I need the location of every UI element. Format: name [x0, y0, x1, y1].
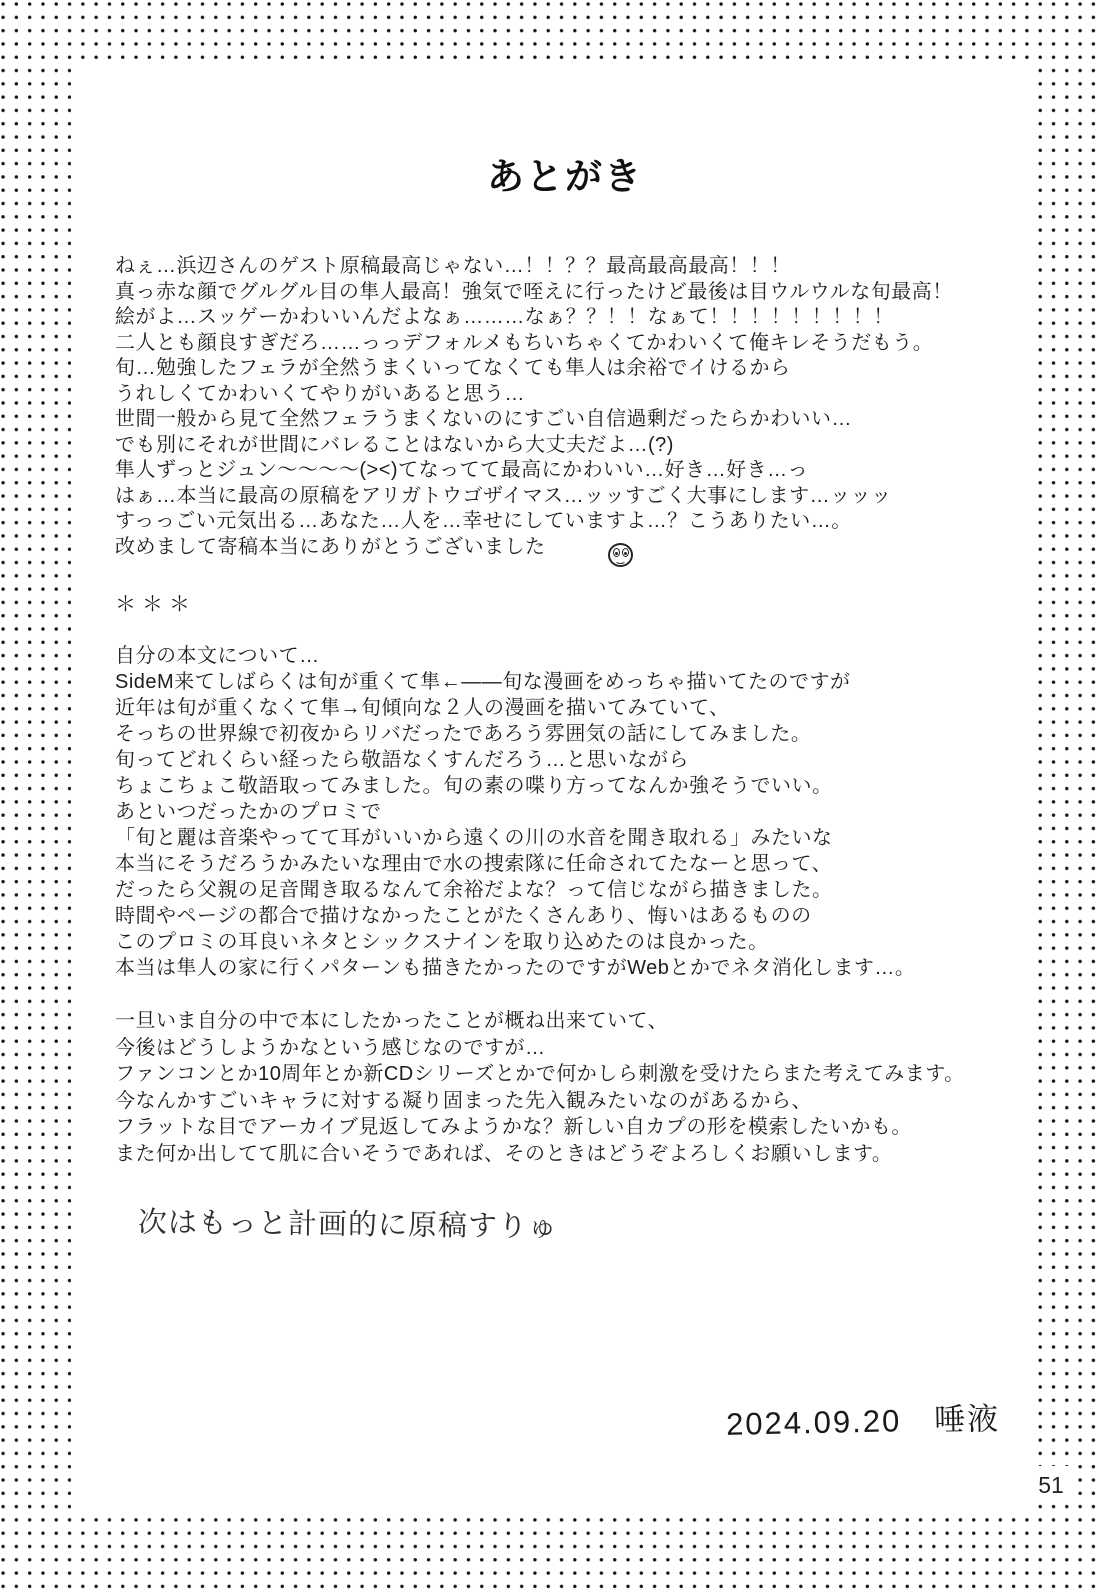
text-line: 時間やページの都合で描けなかったことがたくさんあり、悔いはあるものの [115, 903, 915, 929]
eyes-face-icon [608, 543, 633, 567]
text-line: SideM来てしばらくは旬が重くて隼←――旬な漫画をめっちゃ描いてたのですが [115, 669, 915, 695]
page-number: 51 [1026, 1466, 1076, 1504]
text-line: 隼人ずっとジュン〜〜〜〜(><)てなってて最高にかわいい…好き…好き…っ [115, 458, 953, 484]
right-eye-icon [622, 548, 629, 557]
text-line: 自分の本文について… [115, 643, 915, 669]
text-line: 世間一般から見て全然フェラうまくないのにすごい自信過剰だったらかわいい… [115, 407, 953, 433]
paragraph-future-plans: 一旦いま自分の中で本にしたかったことが概ね出来ていて、今後はどうしようかなという… [115, 1008, 965, 1167]
text-line: 旬…勉強したフェラが全然うまくいってなくても隼人は余裕でイけるから [115, 356, 953, 382]
text-line: 近年は旬が重くなくて隼→旬傾向な２人の漫画を描いてみていて、 [115, 695, 915, 721]
text-line: 二人とも顔良すぎだろ……っっデフォルメもちいちゃくてかわいくて俺キレそうだもう。 [115, 331, 953, 357]
text-line: ちょこちょこ敬語取ってみました。旬の素の喋り方ってなんか強そうでいい。 [115, 773, 915, 799]
text-line: 絵がよ…スッゲーかわいいんだよなぁ………なぁ？？！！なぁて！！！！！！！！！ [115, 305, 953, 331]
content-area: あとがき ねぇ…浜辺さんのゲスト原稿最高じゃない…！！？？最高最高最高！！！真っ… [71, 66, 1038, 1512]
text-line: 一旦いま自分の中で本にしたかったことが概ね出来ていて、 [115, 1008, 965, 1035]
text-line: フラットな目でアーカイブ見返してみようかな？新しい自カプの形を模索したいかも。 [115, 1114, 965, 1141]
text-line: このプロミの耳良いネタとシックスナインを取り込めたのは良かった。 [115, 929, 915, 955]
text-line: 真っ赤な顔でグルグル目の隼人最高！強気で咥えに行ったけど最後は目ウルウルな旬最高… [115, 280, 953, 306]
text-line: 本当は隼人の家に行くパターンも描きたかったのですがWebとかでネタ消化します…。 [115, 955, 915, 981]
text-line: 本当にそうだろうかみたいな理由で水の捜索隊に任命されてたなーと思って、 [115, 851, 915, 877]
section-separator: ＊＊＊ [115, 588, 196, 618]
handwritten-note: 次はもっと計画的に原稿すりゅ [138, 1200, 558, 1245]
text-line: 今なんかすごいキャラに対する凝り固まった先入観みたいなのがあるから、 [115, 1088, 965, 1115]
paragraph-guest-thanks: ねぇ…浜辺さんのゲスト原稿最高じゃない…！！？？最高最高最高！！！真っ赤な顔でグ… [115, 254, 953, 560]
text-line: ファンコンとか10周年とか新CDシリーズとかで何かしら刺激を受けたらまた考えてみ… [115, 1061, 965, 1088]
text-line: 改めまして寄稿本当にありがとうございました [115, 535, 953, 561]
text-line: あといつだったかのプロミで [115, 799, 915, 825]
text-line: 「旬と麗は音楽やってて耳がいいから遠くの川の水音を聞き取れる」みたいな [115, 825, 915, 851]
text-line: すっっごい元気出る…あなた…人を…幸せにしていますよ…？こうありたい…。 [115, 509, 953, 535]
text-line: うれしくてかわいくてやりがいあると思う… [115, 382, 953, 408]
text-line: だったら父親の足音聞き取るなんて余裕だよな？って信じながら描きました。 [115, 877, 915, 903]
text-line: でも別にそれが世間にバレることはないから大丈夫だよ…(?) [115, 433, 953, 459]
left-eye-icon [613, 548, 620, 557]
paragraph-about-story: 自分の本文について…SideM来てしばらくは旬が重くて隼←――旬な漫画をめっちゃ… [115, 643, 915, 981]
date-signature: 2024.09.20 唾液 [726, 1393, 1001, 1444]
page-title: あとがき [487, 146, 643, 200]
text-line: はぁ…本当に最高の原稿をアリガトウゴザイマス…ッッすごく大事にします…ッッッ [115, 484, 953, 510]
text-line: 旬ってどれくらい経ったら敬語なくすんだろう…と思いながら [115, 747, 915, 773]
text-line: 今後はどうしようかなという感じなのですが… [115, 1035, 965, 1062]
text-line: また何か出してて肌に合いそうであれば、そのときはどうぞよろしくお願いします。 [115, 1141, 965, 1168]
text-line: ねぇ…浜辺さんのゲスト原稿最高じゃない…！！？？最高最高最高！！！ [115, 254, 953, 280]
text-line: そっちの世界線で初夜からリバだったであろう雰囲気の話にしてみました。 [115, 721, 915, 747]
